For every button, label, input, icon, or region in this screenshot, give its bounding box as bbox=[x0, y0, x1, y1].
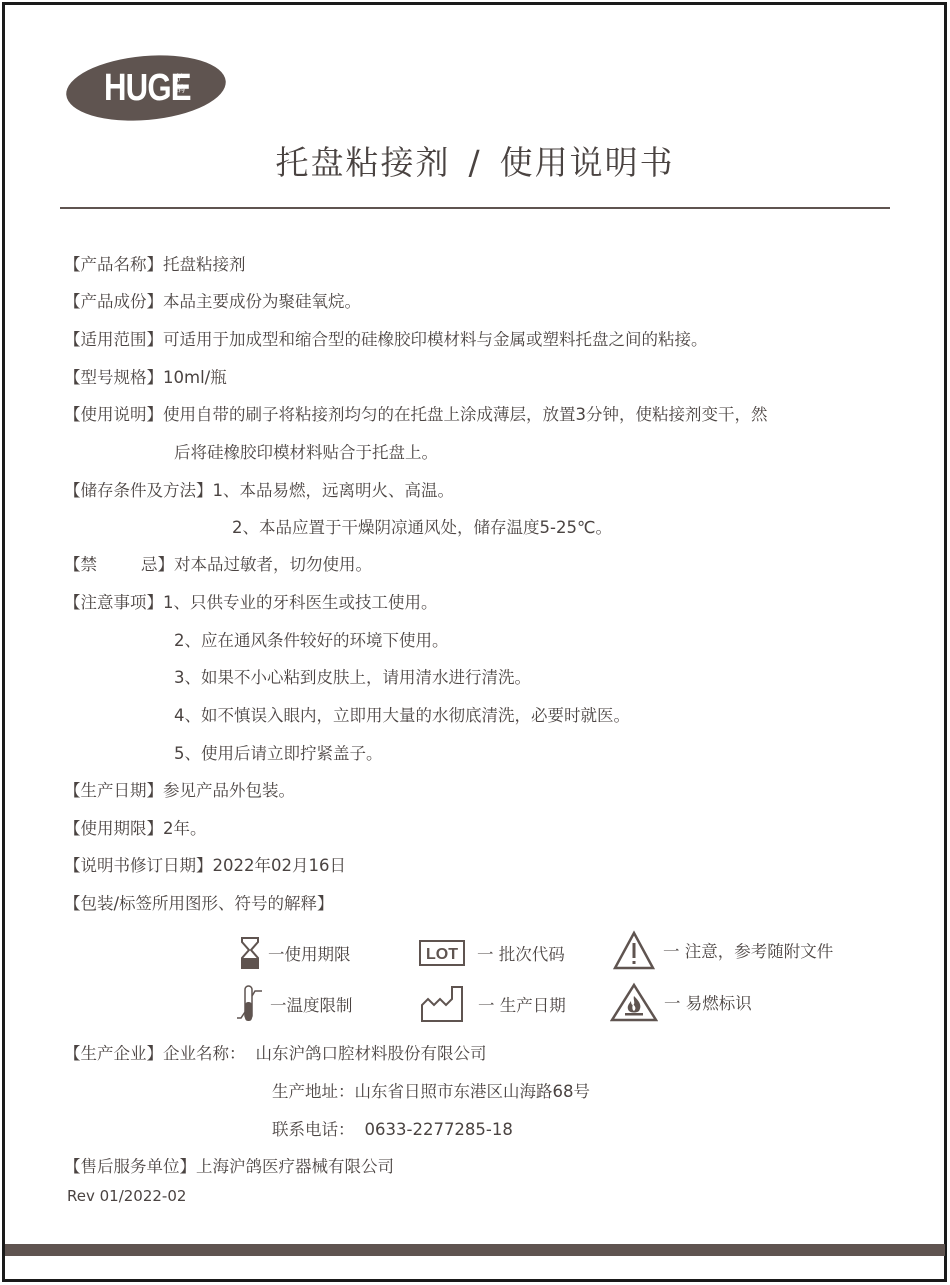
svg-text:LOT: LOT bbox=[426, 946, 458, 963]
symbol-warning: 一 注意，参考随附文件 bbox=[613, 930, 833, 970]
revision-date-row: 【说明书修订日期】2022年02月16日 bbox=[64, 855, 346, 877]
precautions-label: 【注意事项】 bbox=[64, 593, 163, 612]
symbol-label: 一使用期限 bbox=[268, 941, 351, 965]
product-name-label: 【产品名称】 bbox=[64, 255, 163, 274]
brand-logo-cn: 沪鸽 bbox=[176, 74, 186, 96]
manufacturer-address: 山东省日照市东港区山海路68号 bbox=[355, 1082, 591, 1101]
precaution-item: 4、如不慎误入眼内，立即用大量的水彻底清洗，必要时就医。 bbox=[174, 705, 630, 727]
shelf-life-row: 【使用期限】2年。 bbox=[64, 818, 207, 840]
storage-label: 【储存条件及方法】 bbox=[64, 481, 213, 500]
manufacturer-name-label: 企业名称： bbox=[163, 1044, 246, 1063]
revision-code: Rev 01/2022-02 bbox=[67, 1185, 186, 1207]
manufacturer-address-label: 生产地址： bbox=[272, 1082, 355, 1101]
symbol-factory: 一 生产日期 bbox=[420, 985, 566, 1023]
composition-label: 【产品成份】 bbox=[64, 292, 163, 311]
shelf-life-value: 2年。 bbox=[163, 819, 207, 838]
symbol-hourglass: 一使用期限 bbox=[240, 936, 351, 970]
usage-line-1: 使用自带的刷子将粘接剂均匀的在托盘上涂成薄层，放置3分钟，使粘接剂变干，然 bbox=[163, 405, 768, 424]
spec-label: 【型号规格】 bbox=[64, 368, 163, 387]
production-date-label: 【生产日期】 bbox=[64, 781, 163, 800]
manufacturer-name: 山东沪鸽口腔材料股份有限公司 bbox=[256, 1044, 487, 1063]
precaution-item: 3、如果不小心粘到皮肤上，请用清水进行清洗。 bbox=[174, 667, 531, 689]
symbols-heading: 【包装/标签所用图形、符号的解释】 bbox=[64, 893, 334, 915]
usage-row: 【使用说明】使用自带的刷子将粘接剂均匀的在托盘上涂成薄层，放置3分钟，使粘接剂变… bbox=[64, 404, 768, 426]
lot-icon: LOT bbox=[419, 940, 465, 966]
after-sales-value: 上海沪鸽医疗器械有限公司 bbox=[196, 1157, 394, 1176]
storage-row: 【储存条件及方法】1、本品易燃，远离明火、高温。 bbox=[64, 480, 454, 502]
manufacturer-label: 【生产企业】 bbox=[64, 1044, 163, 1063]
title-divider bbox=[60, 207, 890, 209]
precaution-item: 5、使用后请立即拧紧盖子。 bbox=[174, 743, 383, 765]
warning-icon bbox=[613, 930, 655, 970]
composition-value: 本品主要成份为聚硅氧烷。 bbox=[163, 292, 361, 311]
manufacturer-row: 【生产企业】企业名称：山东沪鸽口腔材料股份有限公司 bbox=[64, 1043, 487, 1065]
symbol-label: 一 批次代码 bbox=[477, 941, 565, 965]
contraindication-value: 对本品过敏者，切勿使用。 bbox=[174, 555, 372, 574]
contraindication-label-right: 忌】 bbox=[141, 555, 174, 574]
manufacturer-phone-label: 联系电话： bbox=[272, 1120, 355, 1139]
page-title: 托盘粘接剂/使用说明书 bbox=[0, 140, 950, 186]
precaution-item: 1、只供专业的牙科医生或技工使用。 bbox=[163, 593, 438, 612]
composition-row: 【产品成份】本品主要成份为聚硅氧烷。 bbox=[64, 291, 361, 313]
contraindication-row: 【禁忌】对本品过敏者，切勿使用。 bbox=[64, 554, 372, 576]
usage-line-2: 后将硅橡胶印模材料贴合于托盘上。 bbox=[174, 442, 438, 464]
manufacturer-address-row: 生产地址：山东省日照市东港区山海路68号 bbox=[272, 1081, 590, 1103]
spec-row: 【型号规格】10ml/瓶 bbox=[64, 367, 227, 389]
revision-date-label: 【说明书修订日期】 bbox=[64, 856, 213, 875]
production-date-row: 【生产日期】参见产品外包装。 bbox=[64, 780, 295, 802]
product-name-value: 托盘粘接剂 bbox=[163, 255, 246, 274]
symbol-label: 一 注意，参考随附文件 bbox=[663, 938, 833, 962]
spec-value: 10ml/瓶 bbox=[163, 368, 227, 387]
production-date-value: 参见产品外包装。 bbox=[163, 781, 295, 800]
scope-label: 【适用范围】 bbox=[64, 330, 163, 349]
symbol-flammable: 一 易燃标识 bbox=[610, 982, 752, 1022]
factory-icon bbox=[420, 985, 464, 1023]
scope-row: 【适用范围】可适用于加成型和缩合型的硅橡胶印模材料与金属或塑料托盘之间的粘接。 bbox=[64, 329, 708, 351]
product-name-row: 【产品名称】托盘粘接剂 bbox=[64, 254, 246, 276]
manufacturer-phone-row: 联系电话：0633-2277285-18 bbox=[272, 1119, 513, 1141]
symbol-label: 一温度限制 bbox=[270, 992, 353, 1016]
shelf-life-label: 【使用期限】 bbox=[64, 819, 163, 838]
manufacturer-phone: 0633-2277285-18 bbox=[365, 1120, 513, 1139]
title-doc: 使用说明书 bbox=[500, 143, 675, 182]
contraindication-label-left: 【禁 bbox=[64, 555, 97, 574]
precaution-item: 2、应在通风条件较好的环境下使用。 bbox=[174, 630, 449, 652]
symbol-label: 一 生产日期 bbox=[478, 992, 566, 1016]
title-separator: / bbox=[468, 143, 481, 182]
after-sales-label: 【售后服务单位】 bbox=[64, 1157, 196, 1176]
flammable-icon bbox=[610, 982, 658, 1022]
scope-value: 可适用于加成型和缩合型的硅橡胶印模材料与金属或塑料托盘之间的粘接。 bbox=[163, 330, 708, 349]
title-product: 托盘粘接剂 bbox=[275, 143, 450, 182]
storage-item-2: 2、本品应置于干燥阴凉通风处，储存温度5-25℃。 bbox=[232, 517, 612, 539]
after-sales-row: 【售后服务单位】上海沪鸽医疗器械有限公司 bbox=[64, 1156, 394, 1178]
revision-date-value: 2022年02月16日 bbox=[213, 856, 346, 875]
usage-label: 【使用说明】 bbox=[64, 405, 163, 424]
thermometer-icon bbox=[236, 984, 264, 1024]
symbol-thermometer: 一温度限制 bbox=[236, 984, 353, 1024]
hourglass-icon bbox=[240, 936, 260, 970]
footer-bar bbox=[5, 1244, 945, 1256]
symbol-label: 一 易燃标识 bbox=[664, 990, 752, 1014]
symbol-lot: LOT 一 批次代码 bbox=[419, 940, 565, 966]
precautions-row: 【注意事项】1、只供专业的牙科医生或技工使用。 bbox=[64, 592, 438, 614]
storage-item-1: 1、本品易燃，远离明火、高温。 bbox=[213, 481, 455, 500]
